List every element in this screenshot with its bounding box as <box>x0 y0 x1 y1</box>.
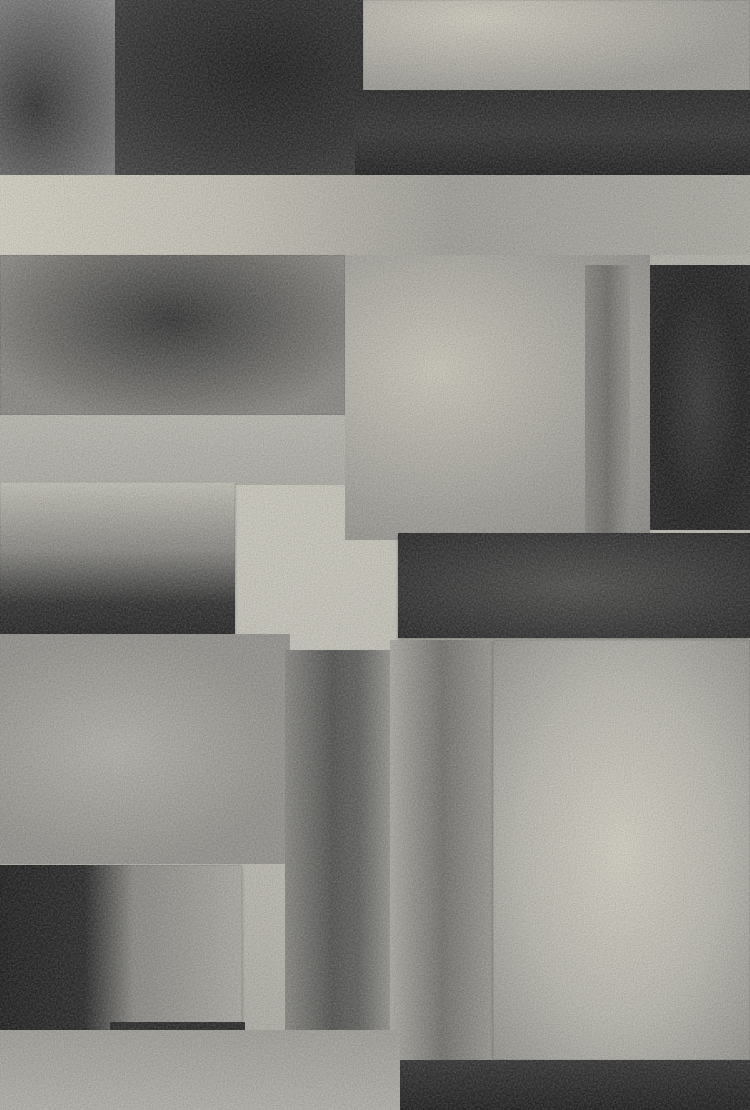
top-left-dark-patch <box>0 0 120 175</box>
right-dark-block <box>650 265 750 530</box>
left-gray-block <box>0 255 345 415</box>
bottom-left-square <box>0 865 242 1030</box>
bottom-right-light-square <box>493 640 750 1060</box>
top-right-light-block <box>363 0 750 92</box>
cream-strip <box>0 175 750 255</box>
bottom-dark-bar <box>400 1060 750 1110</box>
left-second-block <box>0 482 235 634</box>
dark-vertical-smudge <box>285 650 390 1070</box>
lower-left-field <box>0 634 290 864</box>
bottom-left-strip <box>0 1030 400 1110</box>
mid-dark-bar <box>398 533 750 638</box>
rug-photo <box>0 0 750 1110</box>
left-light-band <box>0 415 345 485</box>
vertical-gray-stripe <box>585 265 630 535</box>
top-dark-bar <box>355 90 750 175</box>
narrow-gray-column <box>390 640 495 1060</box>
top-dark-square <box>115 0 365 175</box>
